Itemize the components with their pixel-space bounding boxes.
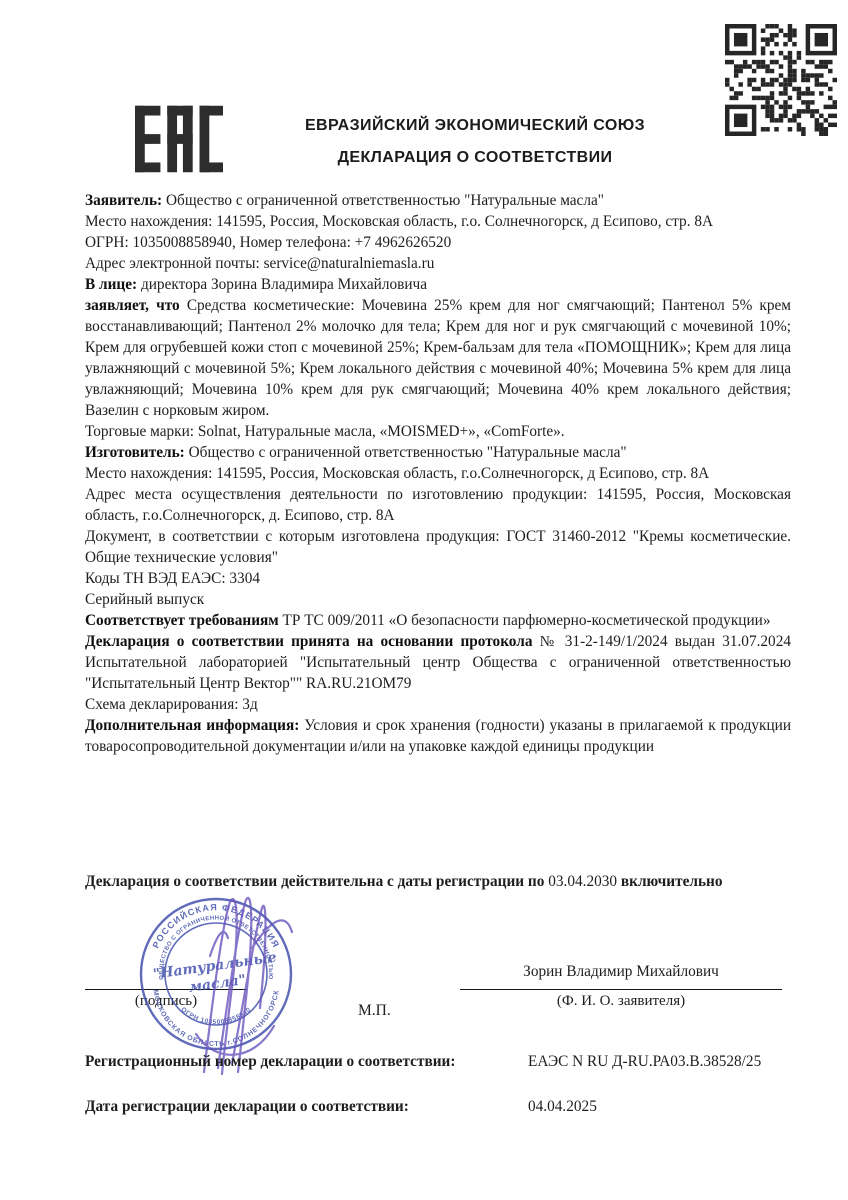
document-body: Заявитель: Общество с ограниченной ответ… xyxy=(85,190,791,757)
registration-date-value: 04.04.2025 xyxy=(528,1098,597,1116)
validity-suffix: включительно xyxy=(621,873,723,890)
applicant-name: Общество с ограниченной ответственностью… xyxy=(166,192,604,209)
registration-date-label: Дата регистрации декларации о соответств… xyxy=(85,1098,409,1115)
issue-type-line: Серийный выпуск xyxy=(85,589,791,610)
compliance-label: Соответствует требованиям xyxy=(85,612,279,629)
validity-label: Декларация о соответствии действительна … xyxy=(85,873,544,890)
signature-caption: (подпись) xyxy=(85,993,247,1010)
applicant-name-line: Заявитель: Общество с ограниченной ответ… xyxy=(85,190,791,211)
stamp-ring-top-text: РОССИЙСКАЯ ФЕДЕРАЦИЯ xyxy=(151,902,282,950)
signer-name-line xyxy=(460,989,782,990)
additional-info-line: Дополнительная информация: Условия и сро… xyxy=(85,715,791,757)
applicant-email-line: Адрес электронной почты: service@natural… xyxy=(85,253,791,274)
applicant-label: Заявитель: xyxy=(85,192,162,209)
additional-label: Дополнительная информация: xyxy=(85,717,299,734)
signature-line xyxy=(85,989,247,990)
registration-date-row: Дата регистрации декларации о соответств… xyxy=(85,1098,805,1116)
validity-date: 03.04.2030 xyxy=(548,873,617,890)
document-header: ЕВРАЗИЙСКИЙ ЭКОНОМИЧЕСКИЙ СОЮЗ ДЕКЛАРАЦИ… xyxy=(215,117,735,167)
manufacturer-address-line: Место нахождения: 141595, Россия, Москов… xyxy=(85,463,791,484)
basis-line: Декларация о соответствии принята на осн… xyxy=(85,631,791,694)
validity-line: Декларация о соответствии действительна … xyxy=(85,873,805,891)
manufacturer-document-line: Документ, в соответствии с которым изгот… xyxy=(85,526,791,568)
manufacturer-activity-line: Адрес места осуществления деятельности п… xyxy=(85,484,791,526)
qr-code xyxy=(725,24,837,136)
manufacturer-name-line: Изготовитель: Общество с ограниченной от… xyxy=(85,442,791,463)
declares-text: Средства косметические: Мочевина 25% кре… xyxy=(85,297,791,419)
manufacturer-label: Изготовитель: xyxy=(85,444,185,461)
registration-number-value: ЕАЭС N RU Д-RU.РА03.В.38528/25 xyxy=(528,1053,761,1071)
representative-line: В лице: директора Зорина Владимира Михай… xyxy=(85,274,791,295)
stamp-place-label: М.П. xyxy=(358,1002,391,1020)
tnved-line: Коды ТН ВЭД ЕАЭС: 3304 xyxy=(85,568,791,589)
signer-name-caption: (Ф. И. О. заявителя) xyxy=(460,993,782,1010)
declares-label: заявляет, что xyxy=(85,297,180,314)
stamp-center-line1: "Натуральные xyxy=(152,949,278,982)
declaration-products: заявляет, что Средства косметические: Мо… xyxy=(85,295,791,421)
representative-text: директора Зорина Владимира Михайловича xyxy=(141,276,427,293)
stamp-rings: РОССИЙСКАЯ ФЕДЕРАЦИЯ ОБЩЕСТВО С ОГРАНИЧЕ… xyxy=(141,899,291,1049)
registration-number-row: Регистрационный номер декларации о соотв… xyxy=(85,1053,805,1071)
signer-name: Зорин Владимир Михайлович xyxy=(460,963,782,981)
compliance-line: Соответствует требованиям ТР ТС 009/2011… xyxy=(85,610,791,631)
applicant-address-line: Место нахождения: 141595, Россия, Москов… xyxy=(85,211,791,232)
registration-number-label: Регистрационный номер декларации о соотв… xyxy=(85,1053,455,1070)
svg-text:РОССИЙСКАЯ ФЕДЕРАЦИЯ: РОССИЙСКАЯ ФЕДЕРАЦИЯ xyxy=(151,902,282,950)
compliance-text: ТР ТС 009/2011 «О безопасности парфюмерн… xyxy=(283,612,771,629)
basis-label: Декларация о соответствии принята на осн… xyxy=(85,633,533,650)
page-title: ДЕКЛАРАЦИЯ О СООТВЕТСТВИИ xyxy=(215,149,735,167)
stamp-ring-top2-text: ОБЩЕСТВО С ОГРАНИЧЕННОЙ ОТВЕТСТВЕННОСТЬЮ xyxy=(159,914,273,980)
eac-logo-icon xyxy=(135,104,223,174)
trademarks-line: Торговые марки: Solnat, Натуральные масл… xyxy=(85,421,791,442)
union-title: ЕВРАЗИЙСКИЙ ЭКОНОМИЧЕСКИЙ СОЮЗ xyxy=(215,117,735,135)
handwritten-signature xyxy=(196,898,292,1074)
manufacturer-name: Общество с ограниченной ответственностью… xyxy=(189,444,627,461)
declaration-document: ЕВРАЗИЙСКИЙ ЭКОНОМИЧЕСКИЙ СОЮЗ ДЕКЛАРАЦИ… xyxy=(0,0,848,1200)
scheme-line: Схема декларирования: 3д xyxy=(85,694,791,715)
representative-label: В лице: xyxy=(85,276,137,293)
svg-text:ОБЩЕСТВО С ОГРАНИЧЕННОЙ ОТВЕТС: ОБЩЕСТВО С ОГРАНИЧЕННОЙ ОТВЕТСТВЕННОСТЬЮ xyxy=(159,914,273,980)
applicant-ogrn-line: ОГРН: 1035008858940, Номер телефона: +7 … xyxy=(85,232,791,253)
